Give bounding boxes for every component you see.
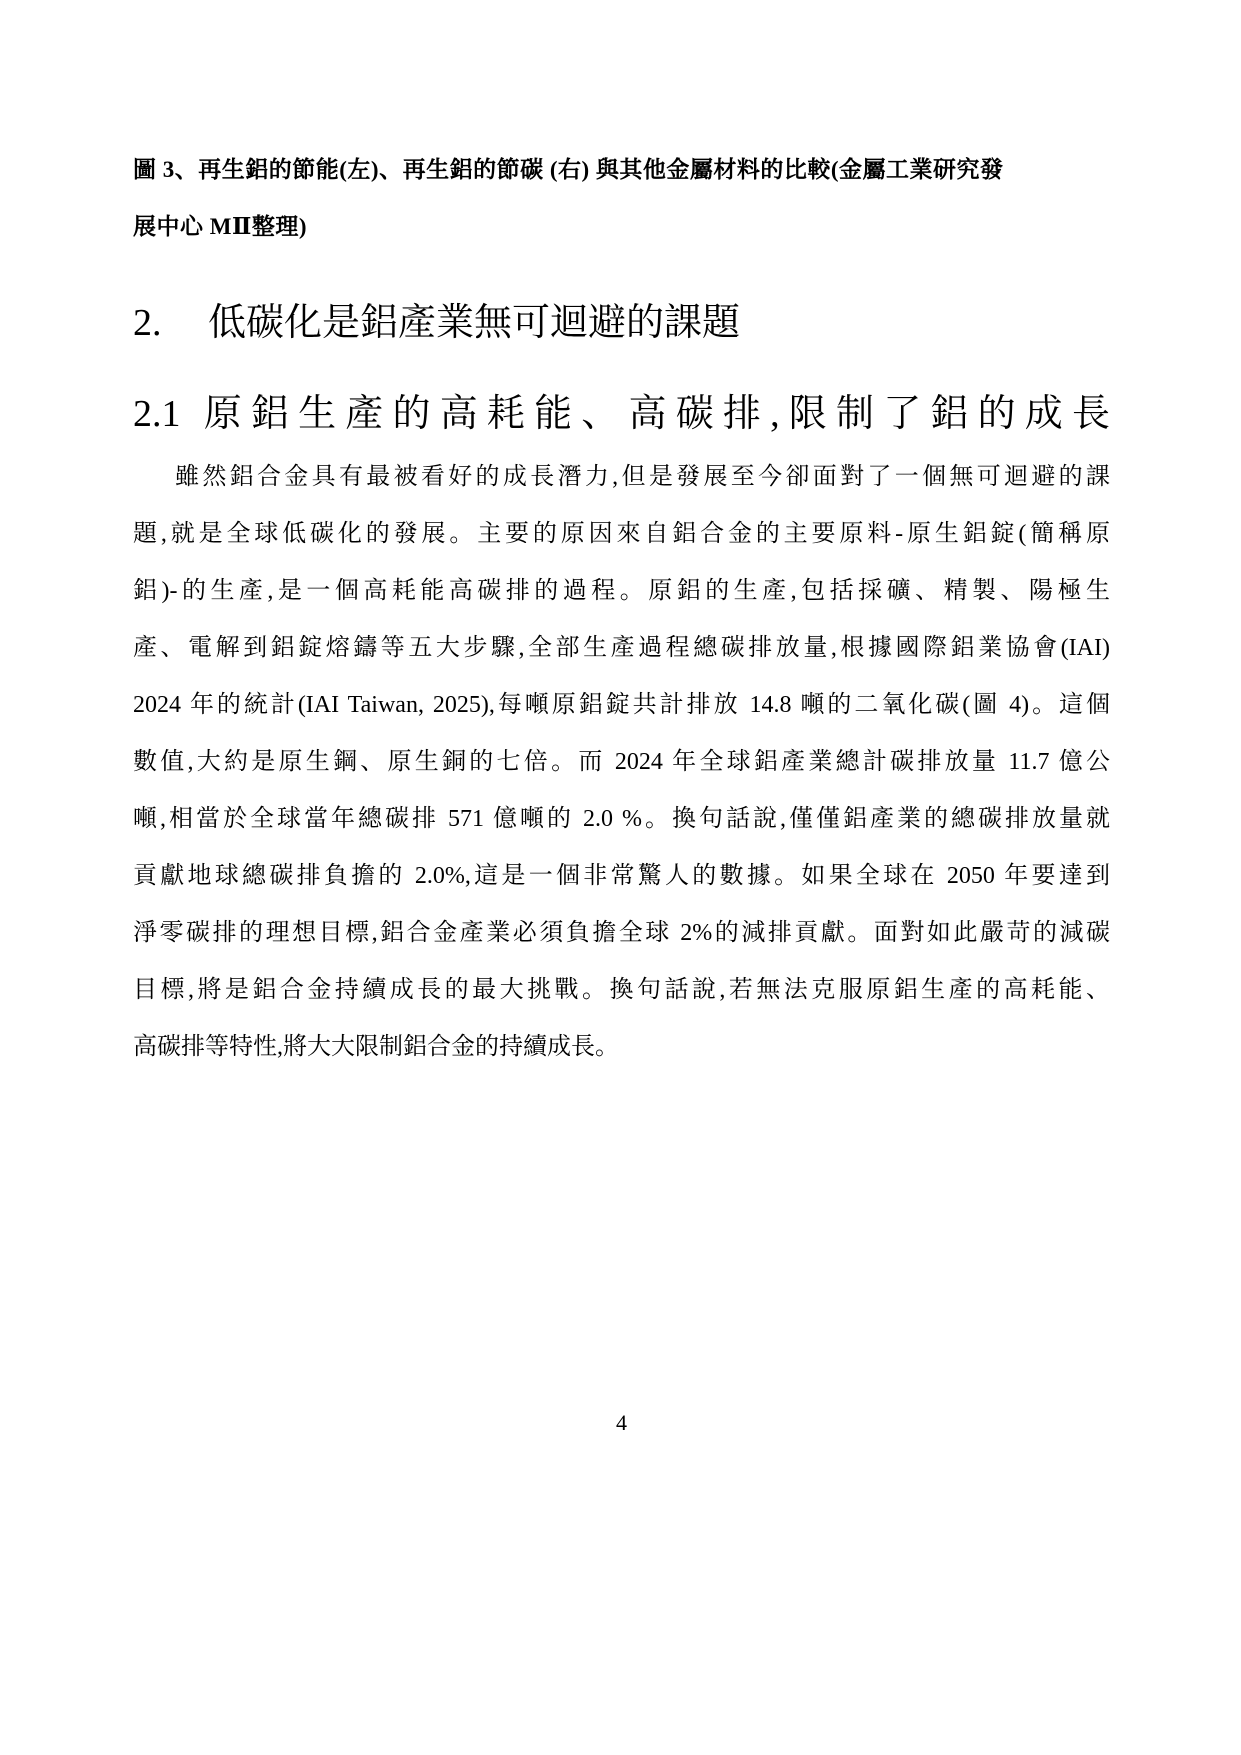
paragraph-line: 2024 年的統計(IAI Taiwan, 2025),每噸原鋁錠共計排放 14…	[133, 677, 1110, 734]
paragraph-line: 數值,大約是原生鋼、原生銅的七倍。而 2024 年全球鋁產業總計碳排放量 11.…	[133, 734, 1110, 791]
subsection-heading: 2.1原鋁生產的高耗能、高碳排,限制了鋁的成長	[133, 382, 1110, 437]
page-number: 4	[133, 1410, 1110, 1436]
section-number: 2.	[133, 301, 208, 345]
paragraph-line: 目標,將是鋁合金持續成長的最大挑戰。換句話說,若無法克服原鋁生產的高耗能、	[133, 962, 1110, 1019]
subsection-number: 2.1	[133, 393, 195, 435]
subsection-title: 原鋁生產的高耗能、高碳排,限制了鋁的成長	[195, 393, 1111, 435]
body-paragraph: 雖然鋁合金具有最被看好的成長潛力,但是發展至今卻面對了一個無可迴避的課 題,就是…	[133, 449, 1110, 1076]
figure-caption-line-2: 展中心 MⅡ整理)	[133, 198, 1123, 255]
paragraph-line: 鋁)-的生產,是一個高耗能高碳排的過程。原鋁的生產,包括採礦、精製、陽極生	[133, 563, 1110, 620]
section-heading: 2.低碳化是鋁產業無可迴避的課題	[133, 291, 1110, 346]
paragraph-line: 產、電解到鋁錠熔鑄等五大步驟,全部生產過程總碳排放量,根據國際鋁業協會(IAI)	[133, 620, 1110, 677]
figure-caption: 圖 3、再生鋁的節能(左)、再生鋁的節碳 (右) 與其他金屬材料的比較(金屬工業…	[133, 141, 1123, 255]
document-page: 圖 3、再生鋁的節能(左)、再生鋁的節碳 (右) 與其他金屬材料的比較(金屬工業…	[0, 0, 1241, 1755]
paragraph-line: 噸,相當於全球當年總碳排 571 億噸的 2.0 %。換句話說,僅僅鋁產業的總碳…	[133, 791, 1110, 848]
paragraph-line: 淨零碳排的理想目標,鋁合金產業必須負擔全球 2%的減排貢獻。面對如此嚴苛的減碳	[133, 905, 1110, 962]
paragraph-line: 高碳排等特性,將大大限制鋁合金的持續成長。	[133, 1019, 1110, 1076]
figure-caption-line-1: 圖 3、再生鋁的節能(左)、再生鋁的節碳 (右) 與其他金屬材料的比較(金屬工業…	[133, 141, 1123, 198]
paragraph-line: 雖然鋁合金具有最被看好的成長潛力,但是發展至今卻面對了一個無可迴避的課	[133, 449, 1110, 506]
paragraph-line: 貢獻地球總碳排負擔的 2.0%,這是一個非常驚人的數據。如果全球在 2050 年…	[133, 848, 1110, 905]
paragraph-line: 題,就是全球低碳化的發展。主要的原因來自鋁合金的主要原料-原生鋁錠(簡稱原	[133, 506, 1110, 563]
section-title: 低碳化是鋁產業無可迴避的課題	[208, 302, 740, 344]
